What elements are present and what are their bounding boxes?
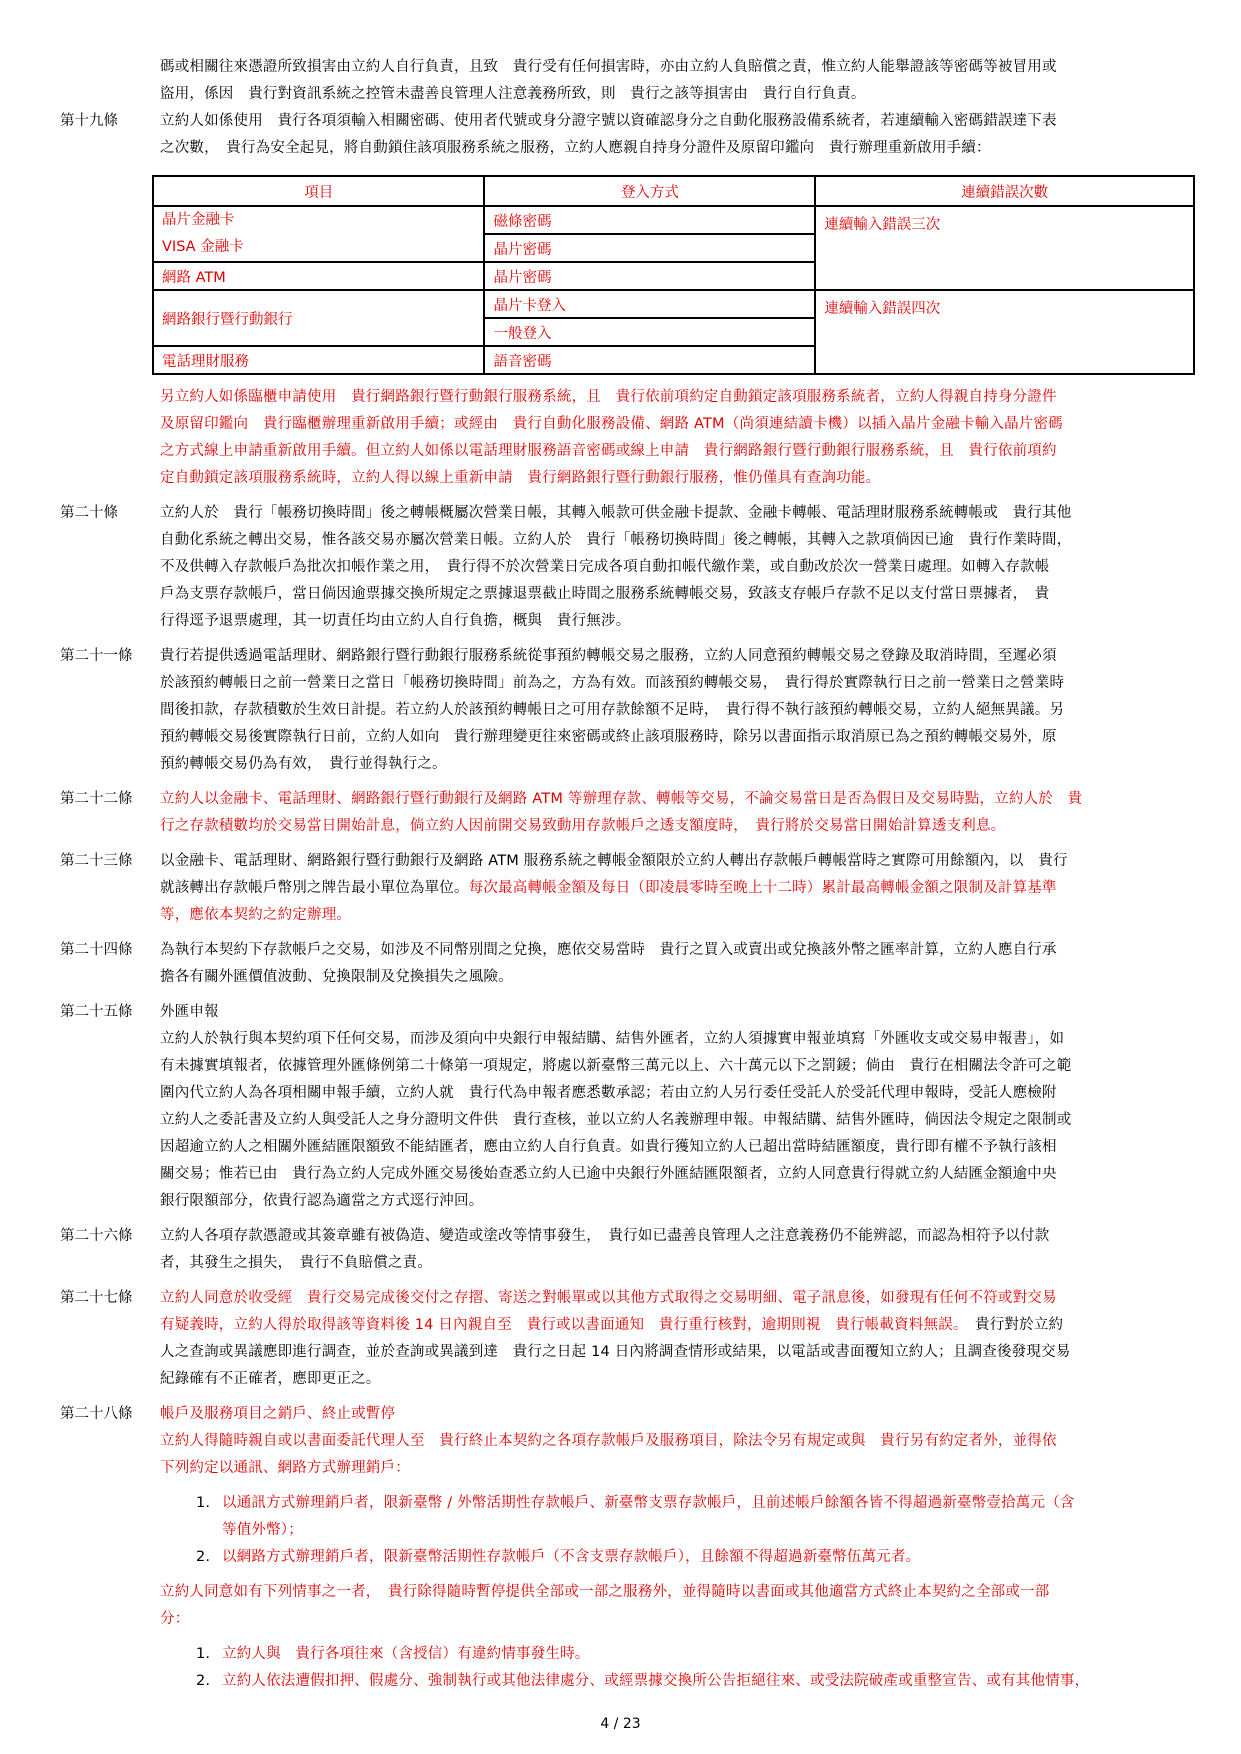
list-text: 以網路方式辦理銷戶者，限新臺幣活期性存款帳戶（不含支票存款帳戶），且餘額不得超過…: [222, 1549, 920, 1565]
article-26-line: 立約人各項存款憑證或其簽章雖有被偽造、變造或塗改等情事發生， 貴行如已盡善良管理…: [160, 1226, 1049, 1246]
article-24-label: 第二十四條: [60, 940, 133, 960]
article-27-line: 人之查詢或異議應即進行調查，並於查詢或異議到達 貴行之日起 14 日內將調查情形…: [160, 1342, 1070, 1362]
article-22-label: 第二十二條: [60, 789, 133, 809]
table-cell-item: 晶片金融卡: [154, 207, 483, 234]
table-cell-method: 語音密碼: [484, 346, 815, 374]
table-cell-item: 電話理財服務: [153, 346, 484, 374]
table-row: 網路銀行暨行動銀行 晶片卡登入 連續輸入錯誤四次: [153, 290, 1194, 318]
table-cell-count: 連續輸入錯誤四次: [815, 290, 1194, 374]
article-20-line: 戶為支票存款帳戶，當日倘因逾票據交換所規定之票據退票截止時間之服務系統轉帳交易，…: [160, 584, 1049, 604]
article-19-line: 立約人如係使用 貴行各項須輸入相關密碼、使用者代號或身分證字號以資確認身分之自動…: [160, 111, 1057, 131]
list-number: 1.: [196, 1644, 222, 1664]
table-cell-item: VISA 金融卡: [154, 234, 483, 261]
article-21-line: 預約轉帳交易後實際執行日前，立約人如向 貴行辦理變更往來密碼或終止該項服務時，除…: [160, 727, 1057, 747]
article-26-label: 第二十六條: [60, 1226, 133, 1246]
article-28-line: 立約人得隨時親自或以書面委託代理人至 貴行終止本契約之各項存款帳戶及服務項目，除…: [160, 1431, 1057, 1451]
article-21-line: 於該預約轉帳日之前一營業日之當日「帳務切換時間」前為之，方為有效。而該預約轉帳交…: [160, 673, 1064, 693]
closure-list-item-1-cont: 等值外幣）；: [222, 1520, 303, 1540]
article-25-line: 銀行限額部分，依貴行認為適當之方式逕行沖回。: [160, 1191, 483, 1211]
article-21-line: 貴行若提供透過電話理財、網路銀行暨行動銀行服務系統從事預約轉帳交易之服務，立約人…: [160, 646, 1057, 666]
document-page: 碼或相關往來憑證所致損害由立約人自行負責，且致 貴行受有任何損害時，亦由立約人負…: [0, 0, 1241, 1754]
article-27-line: 立約人同意於收受經 貴行交易完成後交付之存摺、寄送之對帳單或以其他方式取得之交易…: [160, 1288, 1057, 1308]
article-25-line: 立約人之委託書及立約人與受託人之身分證明文件供 貴行查核，並以立約人名義辦理申報…: [160, 1110, 1071, 1130]
article-19-note-line: 及原留印鑑向 貴行臨櫃辦理重新啟用手續；或經由 貴行自動化服務設備、網路 ATM…: [160, 414, 1063, 434]
list-number: 1.: [196, 1493, 222, 1513]
article-27-line: 有疑義時，立約人得於取得該等資料後 14 日內親自至 貴行或以書面通知 貴行重行…: [160, 1315, 1063, 1335]
article-25-line: 關交易；惟若已由 貴行為立約人完成外匯交易後始查悉立約人已逾中央銀行外匯結匯限額…: [160, 1164, 1057, 1184]
article-27-label: 第二十七條: [60, 1288, 133, 1308]
article-28-label: 第二十八條: [60, 1404, 133, 1424]
table-cell-method: 晶片密碼: [484, 234, 815, 262]
closure-list-item-1: 1.以通訊方式辦理銷戶者，限新臺幣 / 外幣活期性存款帳戶、新臺幣支票存款帳戶，…: [196, 1493, 1075, 1513]
table-cell-item: 網路銀行暨行動銀行: [153, 290, 484, 346]
article-25-line: 立約人於執行與本契約項下任何交易，而涉及須向中央銀行申報結購、結售外匯者，立約人…: [160, 1029, 1064, 1049]
article-25-line: 圍內代立約人為各項相關申報手續，立約人就 貴行代為申報者應悉數承認；若由立約人另…: [160, 1083, 1057, 1103]
table-cell-count: 連續輸入錯誤三次: [815, 206, 1194, 290]
article-28-line: 下列約定以通訊、網路方式辦理銷戶：: [160, 1458, 410, 1478]
table-header-row: 項目 登入方式 連續錯誤次數: [153, 176, 1194, 206]
list-text: 立約人依法遭假扣押、假處分、強制執行或其他法律處分、或經票據交換所公告拒絕往來、…: [222, 1673, 1089, 1689]
list-text: 以通訊方式辦理銷戶者，限新臺幣 / 外幣活期性存款帳戶、新臺幣支票存款帳戶，且前…: [222, 1495, 1075, 1511]
table-header-item: 項目: [153, 176, 484, 206]
suspension-paragraph-line: 立約人同意如有下列情事之一者， 貴行除得隨時暫停提供全部或一部之服務外，並得隨時…: [160, 1582, 1049, 1602]
article-25-label: 第二十五條: [60, 1002, 133, 1022]
article-24-line: 擔各有關外匯價值波動、兌換限制及兌換損失之風險。: [160, 967, 513, 987]
article-25-line: 因超逾立約人之相關外匯結匯限額致不能結匯者，應由立約人自行負責。如貴行獲知立約人…: [160, 1137, 1057, 1157]
article-19-line: 之次數， 貴行為安全起見，將自動鎖住該項服務系統之服務，立約人應親自持身分證件及…: [160, 138, 991, 158]
article-23-label: 第二十三條: [60, 851, 133, 871]
article-22-line: 行之存款積數均於交易當日開始計息，倘立約人因前開交易致動用存款帳戶之透支額度時，…: [160, 816, 1005, 836]
article-20-line: 立約人於 貴行「帳務切換時間」後之轉帳概屬次營業日帳，其轉入帳款可供金融卡提款、…: [160, 503, 1071, 523]
article-27-line: 紀錄確有不正確者，應即更正之。: [160, 1369, 381, 1389]
table-cell-item-group: 晶片金融卡 VISA 金融卡: [153, 206, 484, 262]
article-23-black-segment: 就該轉出存款帳戶幣別之牌告最小單位為單位。: [160, 880, 469, 896]
table-cell-method: 晶片密碼: [484, 262, 815, 290]
suspension-paragraph-line: 分：: [160, 1609, 189, 1629]
intro-line: 碼或相關往來憑證所致損害由立約人自行負責，且致 貴行受有任何損害時，亦由立約人負…: [160, 57, 1057, 77]
article-21-line: 預約轉帳交易仍為有效， 貴行並得執行之。: [160, 754, 447, 774]
article-19-note-line: 另立約人如係臨櫃申請使用 貴行網路銀行暨行動銀行服務系統，且 貴行依前項約定自動…: [160, 387, 1057, 407]
article-23-line: 以金融卡、電話理財、網路銀行暨行動銀行及網路 ATM 服務系統之轉帳金額限於立約…: [160, 851, 1068, 871]
article-28-title: 帳戶及服務項目之銷戶、終止或暫停: [160, 1404, 395, 1424]
table-cell-method: 磁條密碼: [484, 206, 815, 234]
article-20-label: 第二十條: [60, 503, 118, 523]
intro-line: 盜用，係因 貴行對資訊系統之控管未盡善良管理人注意義務所致，則 貴行之該等損害由…: [160, 84, 866, 104]
article-23-line: 就該轉出存款帳戶幣別之牌告最小單位為單位。每次最高轉帳金額及每日（即凌晨零時至晚…: [160, 878, 1057, 898]
article-27-black-segment: 貴行對於立約: [960, 1317, 1063, 1333]
table-cell-item: 網路 ATM: [153, 262, 484, 290]
suspension-list-item-2: 2.立約人依法遭假扣押、假處分、強制執行或其他法律處分、或經票據交換所公告拒絕往…: [196, 1671, 1089, 1691]
article-25-line: 有未據實填報者，依據管理外匯條例第二十條第一項規定，將處以新臺幣三萬元以上、六十…: [160, 1056, 1071, 1076]
article-21-label: 第二十一條: [60, 646, 133, 666]
article-23-line: 等，應依本契約之約定辦理。: [160, 905, 351, 925]
article-24-line: 為執行本契約下存款帳戶之交易，如涉及不同幣別間之兌換，應依交易當時 貴行之買入或…: [160, 940, 1057, 960]
article-23-red-segment: 每次最高轉帳金額及每日（即凌晨零時至晚上十二時）累計最高轉帳金額之限制及計算基準: [469, 880, 1057, 896]
list-number: 2.: [196, 1671, 222, 1691]
table-cell-method: 一般登入: [484, 318, 815, 346]
article-25-title: 外匯申報: [160, 1002, 219, 1022]
closure-list-item-2: 2.以網路方式辦理銷戶者，限新臺幣活期性存款帳戶（不含支票存款帳戶），且餘額不得…: [196, 1547, 920, 1567]
article-19-note-line: 之方式線上申請重新啟用手續。但立約人如係以電話理財服務語音密碼或線上申請 貴行網…: [160, 441, 1057, 461]
article-20-line: 不及供轉入存款帳戶為批次扣帳作業之用， 貴行得不於次營業日完成各項自動扣帳代繳作…: [160, 557, 1049, 577]
table-header-count: 連續錯誤次數: [815, 176, 1194, 206]
list-text: 立約人與 貴行各項往來（含授信）有違約情事發生時。: [222, 1646, 590, 1662]
article-19-label: 第十九條: [60, 111, 118, 131]
page-number: 4 / 23: [0, 1716, 1241, 1732]
article-26-line: 者，其發生之損失， 貴行不負賠償之責。: [160, 1253, 432, 1273]
article-20-line: 行得逕予退票處理，其一切責任均由立約人自行負擔，概與 貴行無涉。: [160, 611, 630, 631]
lock-threshold-table: 項目 登入方式 連續錯誤次數 晶片金融卡 VISA 金融卡 磁條密碼 連續輸入錯…: [152, 175, 1195, 375]
table-header-method: 登入方式: [484, 176, 815, 206]
article-21-line: 間後扣款，存款積數於生效日計提。若立約人於該預約轉帳日之可用存款餘額不足時， 貴…: [160, 700, 1064, 720]
article-27-red-segment: 有疑義時，立約人得於取得該等資料後 14 日內親自至 貴行或以書面通知 貴行重行…: [160, 1317, 960, 1333]
article-19-note-line: 定自動鎖定該項服務系統時，立約人得以線上重新申請 貴行網路銀行暨行動銀行服務，惟…: [160, 468, 880, 488]
article-20-line: 自動化系統之轉出交易，惟各該交易亦屬次營業日帳。立約人於 貴行「帳務切換時間」後…: [160, 530, 1071, 550]
table-row: 晶片金融卡 VISA 金融卡 磁條密碼 連續輸入錯誤三次: [153, 206, 1194, 234]
article-22-line: 立約人以金融卡、電話理財、網路銀行暨行動銀行及網路 ATM 等辦理存款、轉帳等交…: [160, 789, 1082, 809]
suspension-list-item-1: 1.立約人與 貴行各項往來（含授信）有違約情事發生時。: [196, 1644, 590, 1664]
table-cell-method: 晶片卡登入: [484, 290, 815, 318]
list-number: 2.: [196, 1547, 222, 1567]
